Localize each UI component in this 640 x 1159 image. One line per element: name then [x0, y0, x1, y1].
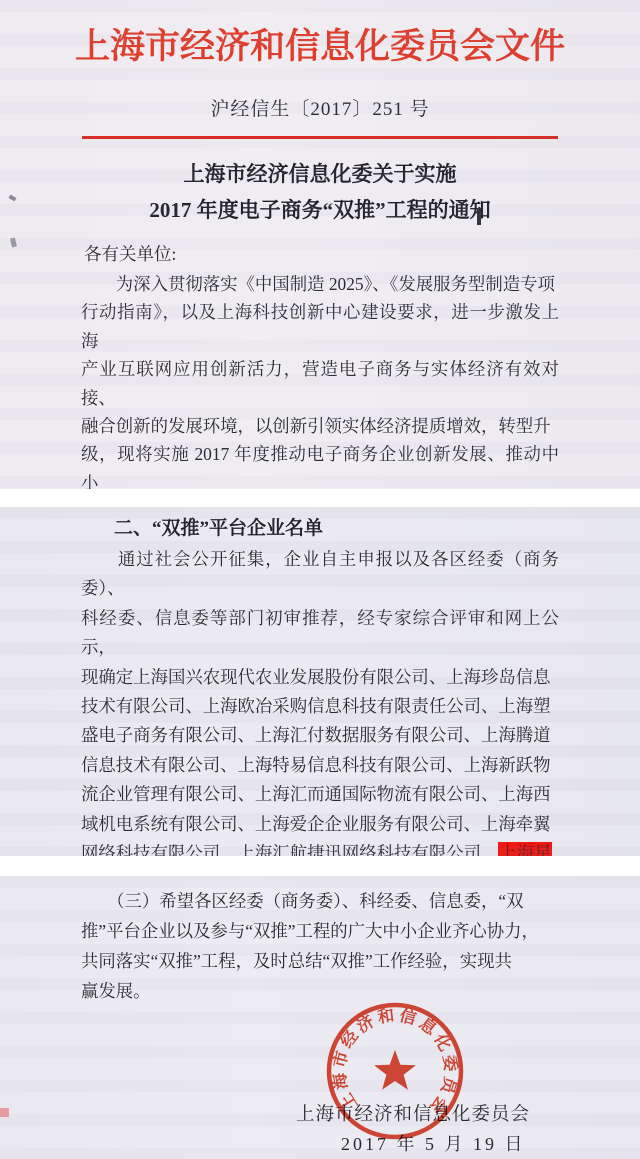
scan-gap — [0, 856, 640, 876]
seal-star-icon — [374, 1050, 416, 1090]
scan-gap — [0, 489, 640, 507]
document-section-platform-list: 二、“双推”平台企业名单 通过社会公开征集，企业自主申报以及各区经委（商务委）、… — [0, 507, 640, 856]
closing-paragraph: （三）希望各区经委（商务委）、科经委、信息委，“双 推”平台企业以及参与“双推”… — [81, 886, 559, 1006]
platform-list-text-before: 通过社会公开征集，企业自主申报以及各区经委（商务委）、 科经委、信息委等部门初审… — [81, 549, 559, 856]
document-section-header: 上海市经济和信息化委员会文件 沪经信生〔2017〕251 号 上海市经济信息化委… — [0, 0, 640, 489]
seal-graphic: 上海市经济和信息化委员会 — [324, 1000, 466, 1142]
salutation: 各有关单位: — [84, 242, 640, 266]
intro-paragraph: 为深入贯彻落实《中国制造 2025》、《发展服务型制造专项 行动指南》，以及上海… — [81, 270, 559, 489]
section2-heading: 二、“双推”平台企业名单 — [0, 507, 640, 542]
agency-letterhead-title: 上海市经济和信息化委员会文件 — [0, 0, 640, 69]
platform-list-paragraph: 通过社会公开征集，企业自主申报以及各区经委（商务委）、 科经委、信息委等部门初审… — [81, 545, 559, 856]
official-red-seal: 上海市经济和信息化委员会 — [324, 1000, 466, 1142]
document-number: 沪经信生〔2017〕251 号 — [0, 69, 640, 121]
scanned-official-document: 上海市经济和信息化委员会文件 沪经信生〔2017〕251 号 上海市经济信息化委… — [0, 0, 640, 1159]
notice-title: 上海市经济信息化委关于实施 2017 年度电子商务“双推”工程的通知 — [0, 139, 640, 228]
